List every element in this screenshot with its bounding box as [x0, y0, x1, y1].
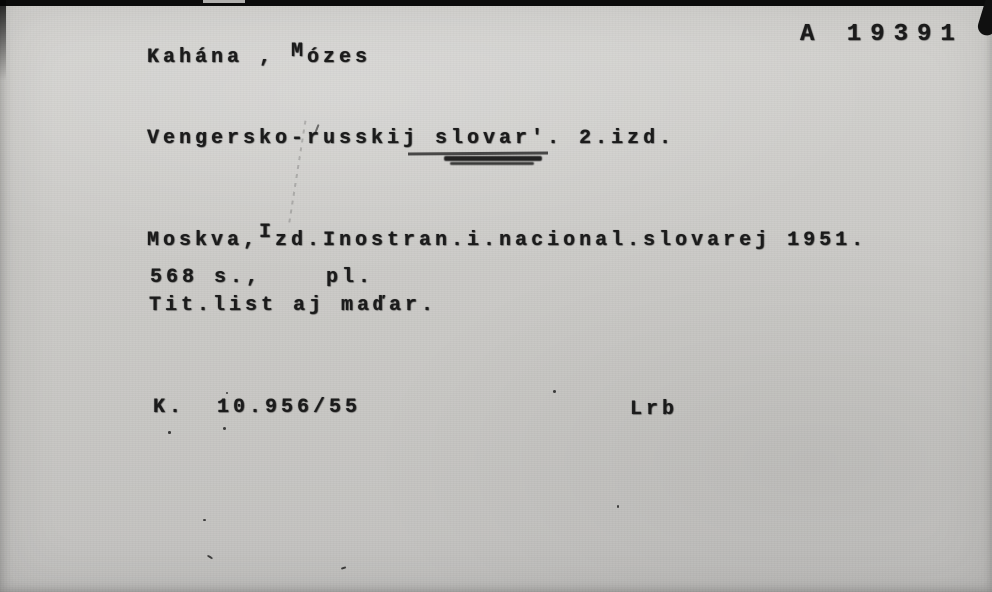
- title-underline-thin: [408, 152, 548, 155]
- cataloguer-initials: Lrb: [630, 398, 678, 421]
- imprint-publisher-year: zd.Inostran.i.nacional.slovarej 1951.: [275, 229, 867, 252]
- scan-left-edge-smudge: [0, 0, 6, 95]
- author-forename-rest: ózes: [307, 46, 371, 69]
- title-edition: . 2.izd.: [547, 127, 675, 150]
- catalog-card-scan: A 19391 Kahána , Mózes Vengersko-russkij…: [0, 0, 992, 592]
- paper-speck: [341, 566, 346, 569]
- author-surname: Kahána ,: [147, 46, 291, 69]
- scan-top-edge: [0, 0, 992, 6]
- title-underline-heavy-2: [450, 162, 534, 165]
- imprint-raised-letter: I: [259, 221, 275, 244]
- author-heading: Kahána , Mózes: [147, 46, 371, 69]
- title-start: Vengersko-russkij: [147, 127, 435, 150]
- paper-speck: [207, 555, 213, 560]
- language-note-line: Tit.list aj maďar.: [149, 294, 437, 317]
- shelf-number: K. 10.956/55: [153, 396, 361, 419]
- paper-speck: [617, 505, 619, 508]
- title-underlined-word: slovar': [435, 127, 547, 150]
- paper-speck: [553, 390, 556, 393]
- paper-speck: [203, 519, 206, 521]
- imprint-place: Moskva,: [147, 229, 259, 252]
- paper-speck: [226, 392, 228, 394]
- catalog-card-paper: A 19391 Kahána , Mózes Vengersko-russkij…: [0, 0, 992, 592]
- author-forename-initial: M: [291, 40, 307, 63]
- title-line: Vengersko-russkij slovar'. 2.izd.: [147, 127, 675, 150]
- collation-line: 568 s., pl.: [150, 266, 374, 289]
- title-underline-heavy: [444, 156, 542, 161]
- scan-top-edge-notch: [203, 0, 245, 3]
- imprint-line: Moskva,Izd.Inostran.i.nacional.slovarej …: [147, 229, 867, 252]
- call-number: A 19391: [800, 21, 964, 48]
- paper-speck: [168, 431, 171, 434]
- paper-speck: [223, 427, 226, 430]
